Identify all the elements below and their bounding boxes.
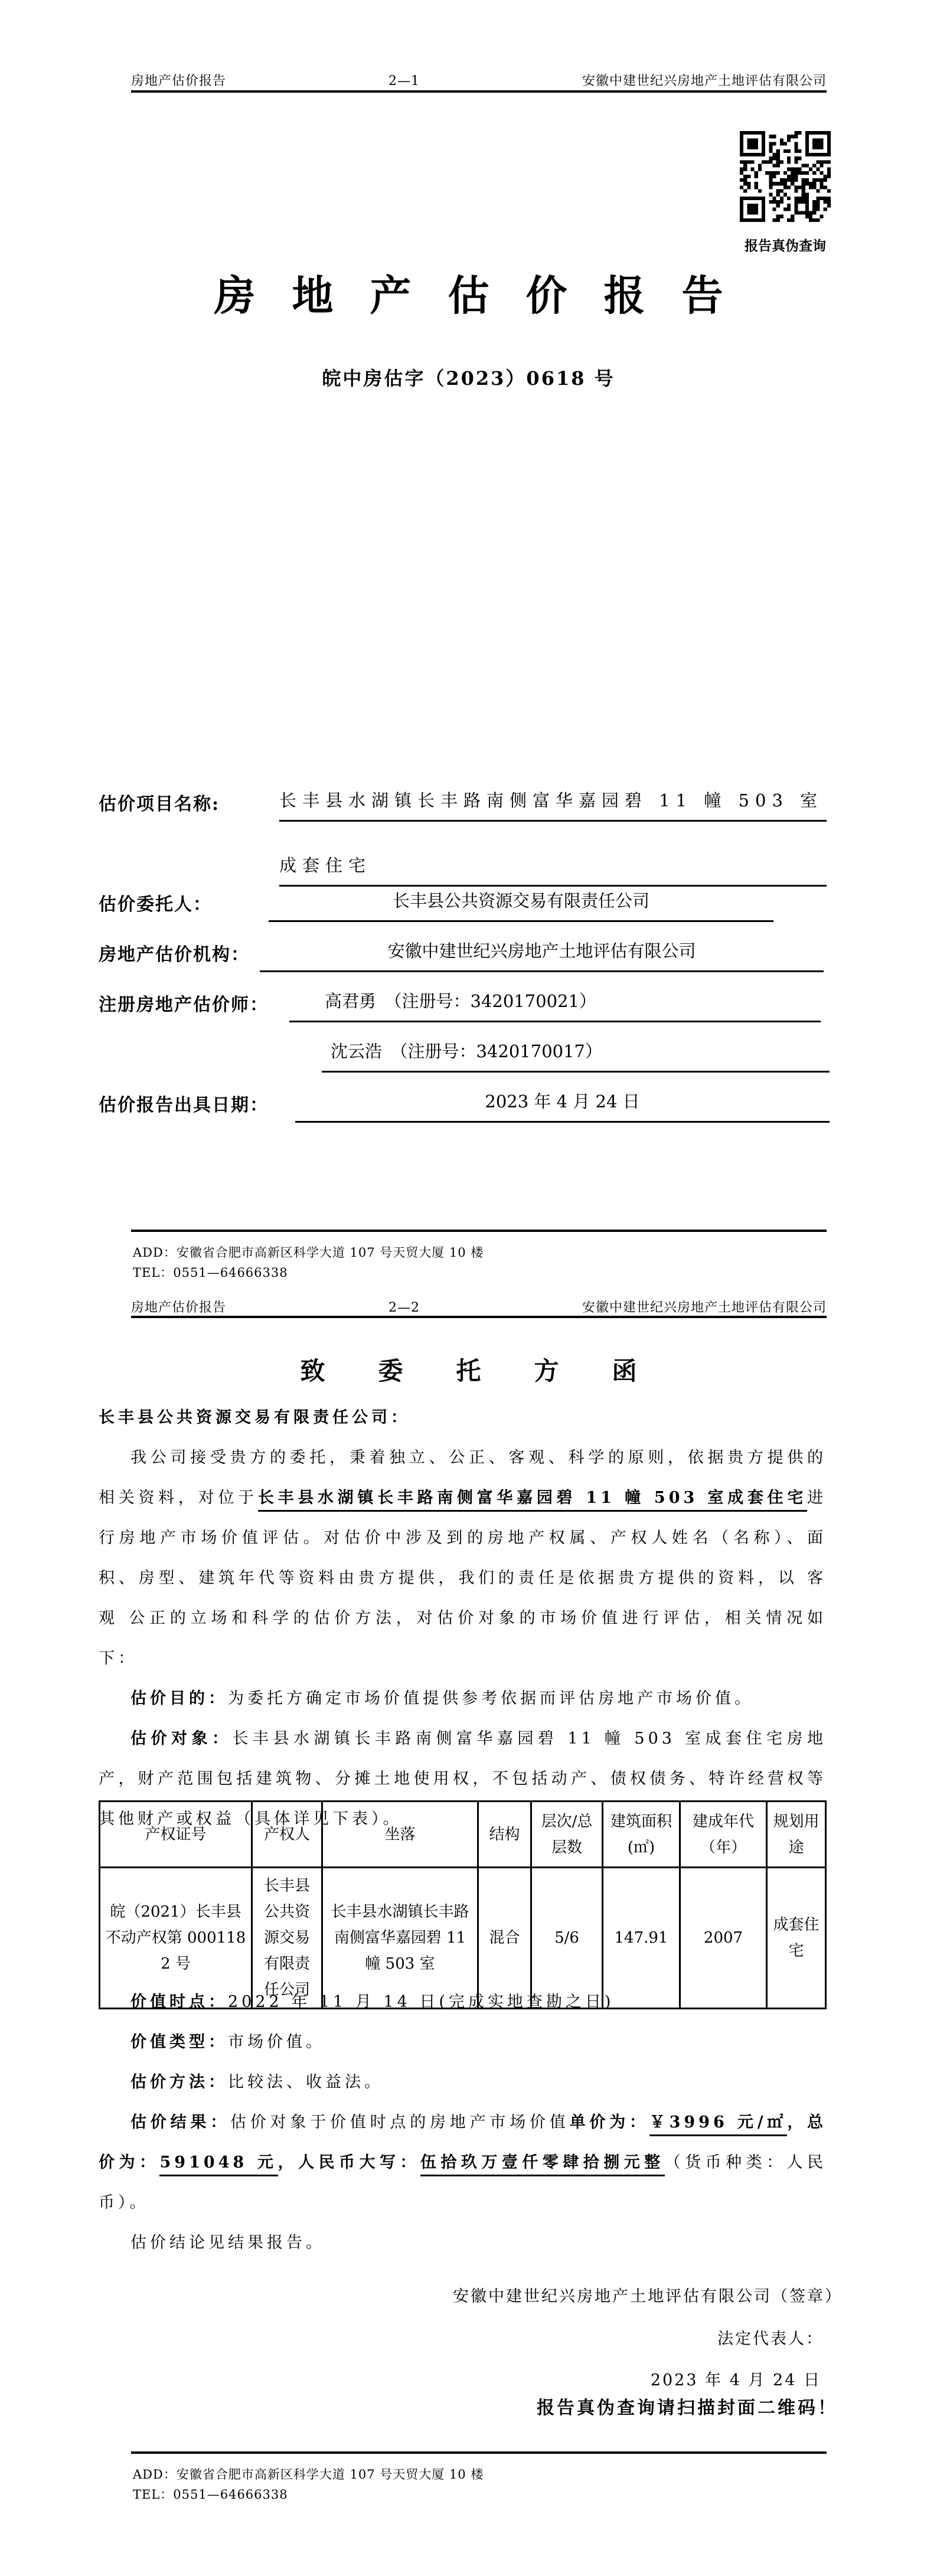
header-page-number: 2—1 [388, 74, 420, 89]
text-run: 估价结论见结果报告。 [130, 2234, 325, 2252]
text-run: 估价对象于价值时点的房地产市场价值 [230, 2113, 570, 2132]
field-value-appraiser-1: 高君勇 （注册号：3420170021） [289, 988, 821, 1022]
header-company: 安徽中建世纪兴房地产土地评估有限公司 [582, 71, 827, 89]
col-header-use: 规划用途 [767, 1802, 826, 1868]
signature-legal-rep: 法定代表人： [717, 2326, 824, 2349]
conclusion-line: 估价结论见结果报告。 [99, 2223, 827, 2263]
value-type-line: 价值类型：市场价值。 [99, 2022, 827, 2062]
text-run: 2022 年 11 月 14 日(完成实地查勘之日) [228, 1993, 614, 2011]
field-label-agency: 房地产估价机构： [99, 940, 250, 966]
header-doc-title: 房地产估价报告 [131, 71, 226, 89]
field-value-project-name-line2: 成套住宅 [279, 852, 827, 887]
col-header-area: 建筑面积(㎡) [603, 1802, 680, 1868]
field-label-appraisers: 注册房地产估价师： [99, 990, 269, 1016]
field-value-project-name-line1: 长丰县水湖镇长丰路南侧富华嘉园碧 11 幢 503 室 [279, 787, 827, 822]
qr-scan-note: 报告真伪查询请扫描封面二维码！ [537, 2393, 838, 2419]
text-run: 市场价值。 [228, 2033, 325, 2051]
signature-company: 安徽中建世纪兴房地产土地评估有限公司（签章） [453, 2283, 843, 2306]
field-label-project-name: 估价项目名称: [99, 789, 220, 815]
header-doc-title: 房地产估价报告 [131, 1297, 226, 1316]
field-value-client: 长丰县公共资源交易有限责任公司 [269, 888, 773, 922]
result-line: 估价结果：估价对象于价值时点的房地产市场价值单价为：￥3996 元/㎡，总价为：… [99, 2103, 827, 2223]
field-label-client: 估价委托人： [99, 890, 212, 916]
col-header-location: 坐落 [322, 1802, 478, 1868]
header-page-number: 2—2 [388, 1300, 420, 1315]
letter-body: 长丰县公共资源交易有限责任公司： 我公司接受贵方的委托，秉着独立、公正、客观、科… [99, 1398, 827, 1839]
text-run: 价值时点： [130, 1993, 228, 2011]
table-header-row: 产权证号 产权人 坐落 结构 层次/总层数 建筑面积(㎡) 建成年代（年） 规划… [100, 1802, 826, 1868]
intro-paragraph: 我公司接受贵方的委托，秉着独立、公正、客观、科学的原则，依据贵方提供的相关资料，… [99, 1438, 827, 1679]
footer-address-1: ADD：安徽省合肥市高新区科学大道 107 号天贸大厦 10 楼 [133, 1243, 484, 1261]
footer-tel-1: TEL：0551—64666338 [133, 1263, 288, 1281]
letter-title: 致委托方函 [0, 1352, 937, 1387]
col-header-floor: 层次/总层数 [531, 1802, 603, 1868]
text-run: 估价方法： [130, 2073, 228, 2091]
col-header-structure: 结构 [478, 1802, 531, 1868]
value-date-line: 价值时点：2022 年 11 月 14 日(完成实地查勘之日) [99, 1982, 827, 2022]
text-run: ，人民币大写： [278, 2153, 420, 2172]
text-run: 价值类型： [130, 2033, 228, 2051]
footer-address-2: ADD：安徽省合肥市高新区科学大道 107 号天贸大厦 10 楼 [133, 2465, 484, 2483]
field-value-agency: 安徽中建世纪兴房地产土地评估有限公司 [260, 938, 824, 972]
col-header-certificate: 产权证号 [100, 1802, 252, 1868]
col-header-owner: 产权人 [252, 1802, 322, 1868]
text-run: 伍拾玖万壹仟零肆拾捌元整 [420, 2153, 665, 2176]
footer-rule-1 [131, 1230, 827, 1232]
qr-caption: 报告真伪查询 [732, 235, 838, 254]
footer-rule-2 [131, 2451, 827, 2454]
header-rule-2 [131, 1316, 827, 1318]
header-company: 安徽中建世纪兴房地产土地评估有限公司 [582, 1297, 827, 1316]
col-header-year: 建成年代（年） [680, 1802, 767, 1868]
method-line: 估价方法：比较法、收益法。 [99, 2062, 827, 2103]
salutation: 长丰县公共资源交易有限责任公司： [99, 1398, 827, 1438]
report-number: 皖中房估字（2023）0618 号 [0, 364, 937, 391]
text-run: 进行房地产市场价值评估。对估价中涉及到的房地产权属、产权人姓名（名称）、面积、房… [99, 1489, 827, 1668]
valuation-items: 价值时点：2022 年 11 月 14 日(完成实地查勘之日) 价值类型：市场价… [99, 1982, 827, 2263]
field-value-appraiser-2: 沈云浩 （注册号：3420170017） [322, 1038, 830, 1073]
footer-tel-2: TEL：0551—64666338 [133, 2485, 288, 2503]
text-run: 估价目的： [130, 1689, 228, 1708]
text-run: 估价对象： [130, 1730, 232, 1748]
text-run: 长丰县水湖镇长丰路南侧富华嘉园碧 11 幢 503 室成套住宅 [258, 1489, 807, 1512]
report-title: 房地产估价报告 [0, 263, 937, 322]
property-table: 产权证号 产权人 坐落 结构 层次/总层数 建筑面积(㎡) 建成年代（年） 规划… [99, 1800, 827, 2009]
text-run: 单价为： [570, 2113, 649, 2132]
field-label-issue-date: 估价报告出具日期： [99, 1090, 269, 1116]
header-rule-1 [131, 90, 827, 93]
document: 房地产估价报告 2—1 安徽中建世纪兴房地产土地评估有限公司 报告真伪查询 房地… [0, 0, 937, 2576]
page1-running-header: 房地产估价报告 2—1 安徽中建世纪兴房地产土地评估有限公司 [131, 71, 827, 89]
field-value-issue-date: 2023 年 4 月 24 日 [295, 1088, 830, 1123]
text-run: ￥3996 元/㎡ [649, 2113, 787, 2136]
purpose-paragraph: 估价目的：为委托方确定市场价值提供参考依据而评估房地产市场价值。 [99, 1679, 827, 1719]
text-run: 估价结果： [130, 2113, 230, 2132]
text-run: 为委托方确定市场价值提供参考依据而评估房地产市场价值。 [228, 1689, 754, 1708]
signature-date: 2023 年 4 月 24 日 [651, 2367, 821, 2390]
text-run: 591048 元 [159, 2153, 277, 2176]
page2-running-header: 房地产估价报告 2—2 安徽中建世纪兴房地产土地评估有限公司 [131, 1297, 827, 1316]
qr-code [740, 131, 831, 222]
text-run: 比较法、收益法。 [228, 2073, 384, 2091]
